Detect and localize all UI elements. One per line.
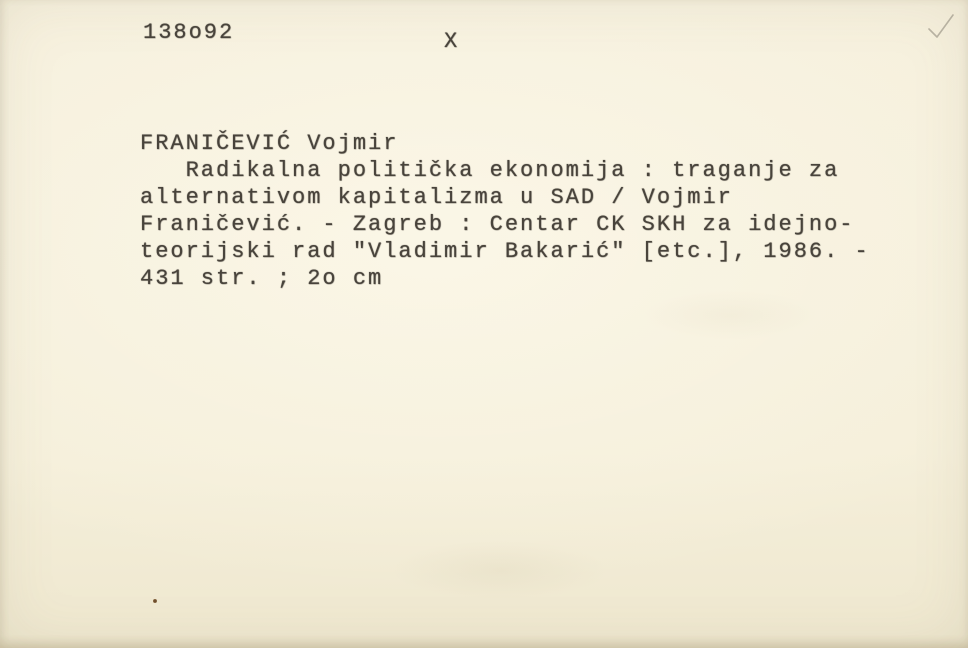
ink-speck: [153, 599, 157, 603]
classification-mark: X: [444, 29, 459, 54]
entry-line: Radikalna politička ekonomija : traganje…: [140, 157, 870, 184]
catalog-card: 138o92 X FRANIČEVIĆ Vojmir Radikalna pol…: [0, 0, 968, 648]
paper-smudge: [640, 290, 820, 340]
pencil-checkmark-icon: [925, 12, 957, 42]
entry-line: Franičević. - Zagreb : Centar CK SKH za …: [140, 211, 870, 238]
entry-line: teorijski rad "Vladimir Bakarić" [etc.],…: [140, 238, 870, 265]
call-number: 138o92: [143, 20, 234, 45]
entry-line: 431 str. ; 2o cm: [140, 265, 870, 292]
paper-smudge: [390, 540, 610, 600]
entry-line: alternativom kapitalizma u SAD / Vojmir: [140, 184, 870, 211]
catalog-entry: FRANIČEVIĆ Vojmir Radikalna politička ek…: [140, 130, 870, 292]
entry-line-heading: FRANIČEVIĆ Vojmir: [140, 130, 870, 157]
